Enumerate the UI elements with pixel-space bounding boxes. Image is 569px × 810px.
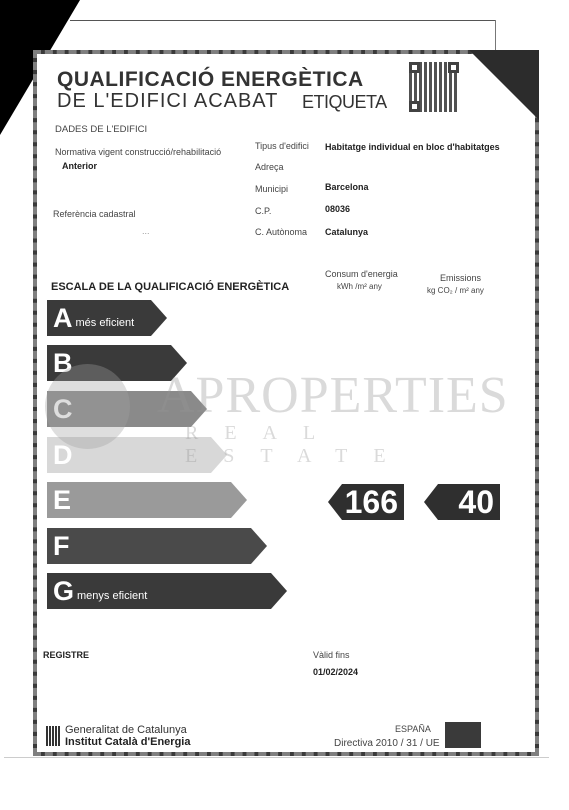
title-line2: DE L'EDIFICI ACABAT bbox=[57, 90, 278, 113]
field-label-building-type: Tipus d'edifici bbox=[255, 141, 309, 151]
consumption-badge: 166 bbox=[328, 484, 404, 520]
rating-band-e: E bbox=[47, 482, 247, 518]
consumption-unit: kWh /m² any bbox=[337, 282, 382, 291]
band-letter: E bbox=[53, 485, 71, 516]
watermark-logo-icon bbox=[45, 364, 130, 449]
title-line1: QUALIFICACIÓ ENERGÈTICA bbox=[57, 68, 364, 92]
qr-code-icon bbox=[409, 62, 459, 112]
field-value-region: Catalunya bbox=[325, 227, 368, 237]
valid-until-value: 01/02/2024 bbox=[313, 667, 358, 677]
rating-band-g: Gmenys eficient bbox=[47, 573, 287, 609]
field-value-postcode: 08036 bbox=[325, 204, 350, 214]
field-label-region: C. Autònoma bbox=[255, 227, 307, 237]
regulation-label: Normativa vigent construcció/rehabilitac… bbox=[55, 147, 221, 157]
watermark-subtext: REAL ESTATE bbox=[185, 422, 535, 468]
cadastral-label: Referència cadastral bbox=[53, 209, 136, 219]
field-value-municipality: Barcelona bbox=[325, 182, 369, 192]
eu-flag-icon bbox=[445, 722, 481, 748]
band-letter: A bbox=[53, 303, 73, 334]
band-caption: menys eficient bbox=[77, 590, 147, 602]
consumption-header: Consum d'energia bbox=[325, 269, 398, 279]
directive-label: Directiva 2010 / 31 / UE bbox=[334, 738, 440, 749]
band-caption: més eficient bbox=[76, 317, 135, 329]
registry-label: REGISTRE bbox=[43, 650, 89, 660]
rating-band-a: Amés eficient bbox=[47, 300, 167, 336]
emissions-badge: 40 bbox=[424, 484, 500, 520]
band-letter: G bbox=[53, 576, 74, 607]
building-section-title: DADES DE L'EDIFICI bbox=[55, 124, 147, 135]
page-edge bbox=[70, 20, 495, 21]
cadastral-value: ... bbox=[142, 226, 150, 236]
label-heading: ETIQUETA bbox=[302, 92, 387, 113]
band-letter: F bbox=[53, 531, 70, 562]
emissions-header: Emissions bbox=[440, 273, 481, 283]
energy-label-card: QUALIFICACIÓ ENERGÈTICA DE L'EDIFICI ACA… bbox=[33, 50, 539, 756]
institute-name: Institut Català d'Energia bbox=[65, 736, 190, 748]
scale-title: ESCALA DE LA QUALIFICACIÓ ENERGÈTICA bbox=[51, 281, 289, 293]
field-label-municipality: Municipi bbox=[255, 184, 288, 194]
watermark-text: APROPERTIES bbox=[157, 366, 509, 425]
field-label-postcode: C.P. bbox=[255, 206, 271, 216]
gov-name: Generalitat de Catalunya bbox=[65, 724, 187, 736]
page-edge bbox=[4, 757, 549, 758]
country-label: ESPAÑA bbox=[395, 724, 431, 734]
emissions-unit: kg CO₂ / m² any bbox=[427, 286, 484, 295]
valid-until-label: Vàlid fins bbox=[313, 650, 350, 660]
corner-decoration bbox=[469, 50, 539, 120]
field-label-address: Adreça bbox=[255, 162, 284, 172]
field-value-building-type: Habitatge individual en bloc d'habitatge… bbox=[325, 142, 500, 152]
regulation-value: Anterior bbox=[62, 161, 97, 171]
generalitat-logo-icon bbox=[46, 726, 60, 746]
rating-band-f: F bbox=[47, 528, 267, 564]
